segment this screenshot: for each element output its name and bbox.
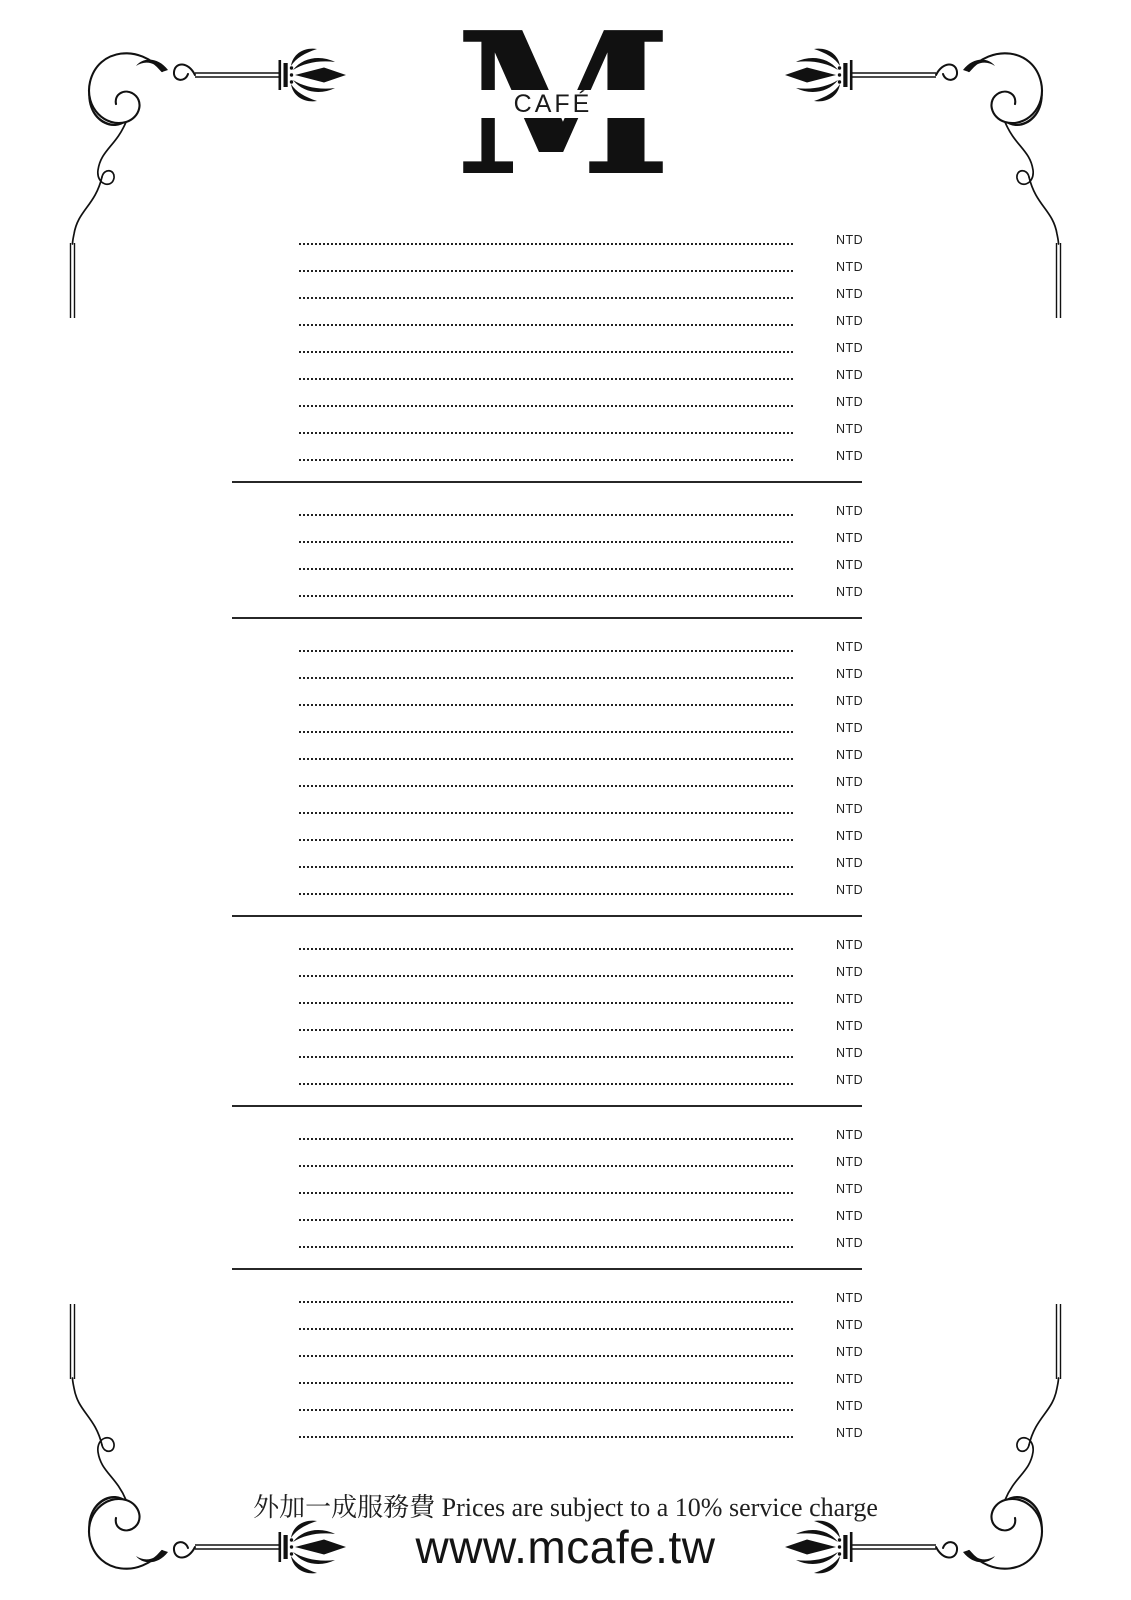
section-divider bbox=[232, 1105, 862, 1107]
section-divider bbox=[232, 481, 862, 483]
section-rows: NTD NTD NTD bbox=[232, 1280, 862, 1442]
logo-word: CAFÉ bbox=[514, 90, 593, 118]
dot-leader bbox=[299, 866, 793, 868]
menu-item-row: NTD bbox=[232, 1225, 862, 1252]
item-currency: NTD bbox=[836, 287, 862, 303]
menu-item-row: NTD bbox=[232, 629, 862, 656]
item-currency: NTD bbox=[836, 1155, 862, 1171]
menu-item-row: NTD bbox=[232, 791, 862, 818]
dot-leader bbox=[299, 595, 793, 597]
item-currency: NTD bbox=[836, 1046, 862, 1062]
menu-section: NTD NTD NTD bbox=[232, 1117, 862, 1270]
dot-leader bbox=[299, 677, 793, 679]
menu-section: NTD NTD NTD bbox=[232, 927, 862, 1107]
dot-leader bbox=[299, 975, 793, 977]
section-divider bbox=[232, 1268, 862, 1270]
item-currency: NTD bbox=[836, 558, 862, 574]
menu-item-row: NTD bbox=[232, 1361, 862, 1388]
website-url: www.mcafe.tw bbox=[0, 1520, 1131, 1574]
dot-leader bbox=[299, 324, 793, 326]
menu-page: M CAFÉ NTD NTD bbox=[0, 0, 1131, 1600]
item-currency: NTD bbox=[836, 1291, 862, 1307]
menu-item-row: NTD bbox=[232, 1415, 862, 1442]
menu-item-row: NTD bbox=[232, 1334, 862, 1361]
dot-leader bbox=[299, 1355, 793, 1357]
dot-leader bbox=[299, 948, 793, 950]
item-currency: NTD bbox=[836, 341, 862, 357]
menu-item-row: NTD bbox=[232, 357, 862, 384]
dot-leader bbox=[299, 351, 793, 353]
item-currency: NTD bbox=[836, 640, 862, 656]
dot-leader bbox=[299, 893, 793, 895]
menu-item-row: NTD bbox=[232, 710, 862, 737]
item-currency: NTD bbox=[836, 422, 862, 438]
dot-leader bbox=[299, 1219, 793, 1221]
item-currency: NTD bbox=[836, 1019, 862, 1035]
item-currency: NTD bbox=[836, 368, 862, 384]
dot-leader bbox=[299, 1083, 793, 1085]
menu-item-row: NTD bbox=[232, 1117, 862, 1144]
item-currency: NTD bbox=[836, 1236, 862, 1252]
menu-item-row: NTD bbox=[232, 574, 862, 601]
service-charge-note: 外加一成服務費 Prices are subject to a 10% serv… bbox=[0, 1487, 1131, 1524]
logo-band: CAFÉ bbox=[443, 90, 663, 118]
dot-leader bbox=[299, 1328, 793, 1330]
menu-list: NTD NTD NTD bbox=[232, 222, 862, 1442]
menu-item-row: NTD bbox=[232, 1280, 862, 1307]
dot-leader bbox=[299, 243, 793, 245]
dot-leader bbox=[299, 405, 793, 407]
cafe-logo: M CAFÉ bbox=[455, 0, 651, 200]
item-currency: NTD bbox=[836, 1209, 862, 1225]
section-rows: NTD NTD NTD bbox=[232, 1117, 862, 1252]
dot-leader bbox=[299, 1382, 793, 1384]
menu-item-row: NTD bbox=[232, 276, 862, 303]
menu-section: NTD NTD NTD bbox=[232, 493, 862, 619]
item-currency: NTD bbox=[836, 829, 862, 845]
item-currency: NTD bbox=[836, 531, 862, 547]
menu-item-row: NTD bbox=[232, 547, 862, 574]
menu-item-row: NTD bbox=[232, 1307, 862, 1334]
dot-leader bbox=[299, 297, 793, 299]
menu-item-row: NTD bbox=[232, 981, 862, 1008]
item-currency: NTD bbox=[836, 449, 862, 465]
item-currency: NTD bbox=[836, 775, 862, 791]
dot-leader bbox=[299, 1301, 793, 1303]
dot-leader bbox=[299, 1165, 793, 1167]
menu-item-row: NTD bbox=[232, 764, 862, 791]
dot-leader bbox=[299, 1436, 793, 1438]
item-currency: NTD bbox=[836, 233, 862, 249]
dot-leader bbox=[299, 785, 793, 787]
dot-leader bbox=[299, 650, 793, 652]
item-currency: NTD bbox=[836, 1426, 862, 1442]
menu-item-row: NTD bbox=[232, 737, 862, 764]
dot-leader bbox=[299, 1056, 793, 1058]
dot-leader bbox=[299, 1246, 793, 1248]
item-currency: NTD bbox=[836, 1128, 862, 1144]
dot-leader bbox=[299, 731, 793, 733]
item-currency: NTD bbox=[836, 965, 862, 981]
item-currency: NTD bbox=[836, 667, 862, 683]
dot-leader bbox=[299, 432, 793, 434]
dot-leader bbox=[299, 758, 793, 760]
dot-leader bbox=[299, 514, 793, 516]
item-currency: NTD bbox=[836, 1372, 862, 1388]
dot-leader bbox=[299, 459, 793, 461]
menu-item-row: NTD bbox=[232, 411, 862, 438]
item-currency: NTD bbox=[836, 504, 862, 520]
menu-item-row: NTD bbox=[232, 683, 862, 710]
item-currency: NTD bbox=[836, 992, 862, 1008]
menu-item-row: NTD bbox=[232, 1144, 862, 1171]
menu-item-row: NTD bbox=[232, 384, 862, 411]
menu-item-row: NTD bbox=[232, 438, 862, 465]
section-rows: NTD NTD NTD bbox=[232, 493, 862, 601]
menu-item-row: NTD bbox=[232, 1171, 862, 1198]
menu-item-row: NTD bbox=[232, 1388, 862, 1415]
menu-item-row: NTD bbox=[232, 1198, 862, 1225]
section-rows: NTD NTD NTD bbox=[232, 927, 862, 1089]
item-currency: NTD bbox=[836, 748, 862, 764]
section-rows: NTD NTD NTD bbox=[232, 629, 862, 899]
menu-item-row: NTD bbox=[232, 1008, 862, 1035]
item-currency: NTD bbox=[836, 585, 862, 601]
item-currency: NTD bbox=[836, 395, 862, 411]
menu-item-row: NTD bbox=[232, 1062, 862, 1089]
menu-item-row: NTD bbox=[232, 1035, 862, 1062]
item-currency: NTD bbox=[836, 856, 862, 872]
item-currency: NTD bbox=[836, 1318, 862, 1334]
menu-item-row: NTD bbox=[232, 520, 862, 547]
menu-item-row: NTD bbox=[232, 927, 862, 954]
item-currency: NTD bbox=[836, 883, 862, 899]
menu-item-row: NTD bbox=[232, 954, 862, 981]
item-currency: NTD bbox=[836, 1345, 862, 1361]
dot-leader bbox=[299, 1029, 793, 1031]
item-currency: NTD bbox=[836, 1182, 862, 1198]
dot-leader bbox=[299, 1138, 793, 1140]
item-currency: NTD bbox=[836, 938, 862, 954]
menu-section: NTD NTD NTD bbox=[232, 1280, 862, 1442]
menu-item-row: NTD bbox=[232, 249, 862, 276]
menu-item-row: NTD bbox=[232, 222, 862, 249]
menu-item-row: NTD bbox=[232, 656, 862, 683]
item-currency: NTD bbox=[836, 314, 862, 330]
dot-leader bbox=[299, 378, 793, 380]
dot-leader bbox=[299, 1192, 793, 1194]
dot-leader bbox=[299, 568, 793, 570]
section-divider bbox=[232, 915, 862, 917]
section-divider bbox=[232, 617, 862, 619]
menu-item-row: NTD bbox=[232, 493, 862, 520]
dot-leader bbox=[299, 704, 793, 706]
item-currency: NTD bbox=[836, 802, 862, 818]
menu-item-row: NTD bbox=[232, 872, 862, 899]
section-rows: NTD NTD NTD bbox=[232, 222, 862, 465]
item-currency: NTD bbox=[836, 260, 862, 276]
item-currency: NTD bbox=[836, 694, 862, 710]
dot-leader bbox=[299, 541, 793, 543]
dot-leader bbox=[299, 812, 793, 814]
item-currency: NTD bbox=[836, 1073, 862, 1089]
menu-item-row: NTD bbox=[232, 818, 862, 845]
item-currency: NTD bbox=[836, 1399, 862, 1415]
menu-section: NTD NTD NTD bbox=[232, 629, 862, 917]
dot-leader bbox=[299, 839, 793, 841]
menu-section: NTD NTD NTD bbox=[232, 222, 862, 483]
dot-leader bbox=[299, 1002, 793, 1004]
menu-item-row: NTD bbox=[232, 303, 862, 330]
item-currency: NTD bbox=[836, 721, 862, 737]
dot-leader bbox=[299, 270, 793, 272]
dot-leader bbox=[299, 1409, 793, 1411]
menu-item-row: NTD bbox=[232, 330, 862, 357]
menu-item-row: NTD bbox=[232, 845, 862, 872]
